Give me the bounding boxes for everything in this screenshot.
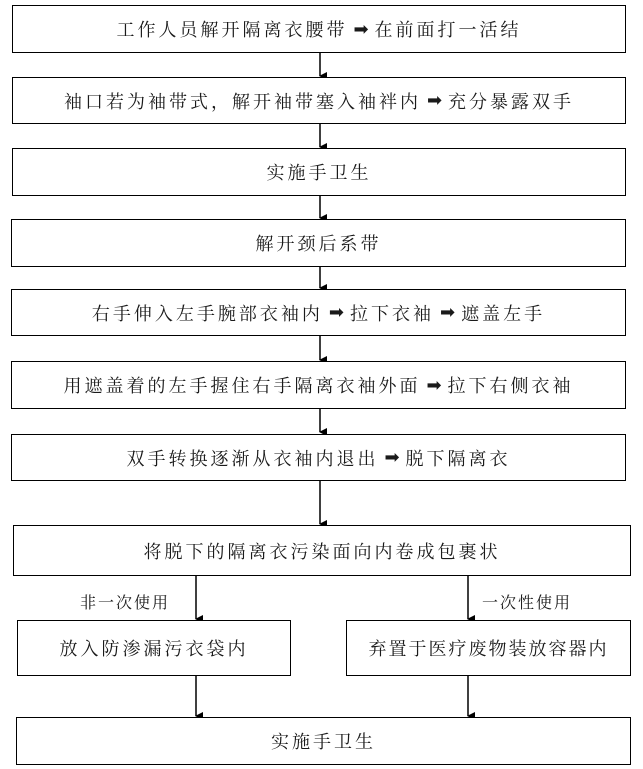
right-arrow-icon: ➡: [427, 90, 442, 111]
step-1-text-a: 工作人员解开隔离衣腰带: [116, 16, 347, 42]
step-5-text-a: 右手伸入左手腕部衣袖内: [92, 300, 323, 326]
branch-left-box: 放入防渗漏污衣袋内: [17, 620, 291, 676]
right-arrow-icon: ➡: [329, 302, 344, 323]
step-6-text-a: 用遮盖着的左手握住右手隔离衣袖外面: [63, 372, 420, 398]
step-6-box: 用遮盖着的左手握住右手隔离衣袖外面 ➡ 拉下右侧衣袖: [11, 361, 626, 409]
right-arrow-icon: ➡: [440, 302, 455, 323]
step-7-text-b: 脱下隔离衣: [406, 445, 511, 471]
step-5-text-c: 遮盖左手: [461, 300, 545, 326]
final-step-text: 实施手卫生: [271, 728, 376, 754]
step-2-box: 袖口若为袖带式，解开袖带塞入袖袢内 ➡ 充分暴露双手: [12, 77, 626, 124]
step-7-box: 双手转换逐渐从衣袖内退出 ➡ 脱下隔离衣: [11, 434, 626, 481]
branch-right-action: 弃置于医疗废物装放容器内: [369, 635, 609, 661]
right-arrow-icon: ➡: [353, 19, 368, 40]
final-step-box: 实施手卫生: [16, 717, 631, 765]
step-2-text-b: 充分暴露双手: [448, 88, 574, 114]
branch-left-action: 放入防渗漏污衣袋内: [60, 635, 249, 661]
right-arrow-icon: ➡: [426, 375, 441, 396]
right-arrow-icon: ➡: [384, 447, 399, 468]
step-1-text-b: 在前面打一活结: [375, 16, 522, 42]
step-7-text-a: 双手转换逐渐从衣袖内退出: [126, 445, 378, 471]
step-8-box: 将脱下的隔离衣污染面向内卷成包裹状: [13, 525, 631, 576]
branch-left-condition: 非一次使用: [80, 590, 170, 613]
step-4-box: 解开颈后系带: [11, 219, 626, 267]
branch-right-condition: 一次性使用: [482, 590, 572, 613]
step-2-text-a: 袖口若为袖带式，解开袖带塞入袖袢内: [64, 88, 421, 114]
step-8-text: 将脱下的隔离衣污染面向内卷成包裹状: [144, 538, 501, 564]
step-4-text: 解开颈后系带: [256, 230, 382, 256]
step-6-text-b: 拉下右侧衣袖: [448, 372, 574, 398]
step-1-box: 工作人员解开隔离衣腰带 ➡ 在前面打一活结: [12, 5, 626, 53]
branch-right-box: 弃置于医疗废物装放容器内: [346, 620, 631, 676]
step-5-box: 右手伸入左手腕部衣袖内 ➡ 拉下衣袖 ➡ 遮盖左手: [11, 289, 626, 336]
step-5-text-b: 拉下衣袖: [350, 300, 434, 326]
step-3-box: 实施手卫生: [12, 148, 626, 196]
step-3-text: 实施手卫生: [267, 159, 372, 185]
